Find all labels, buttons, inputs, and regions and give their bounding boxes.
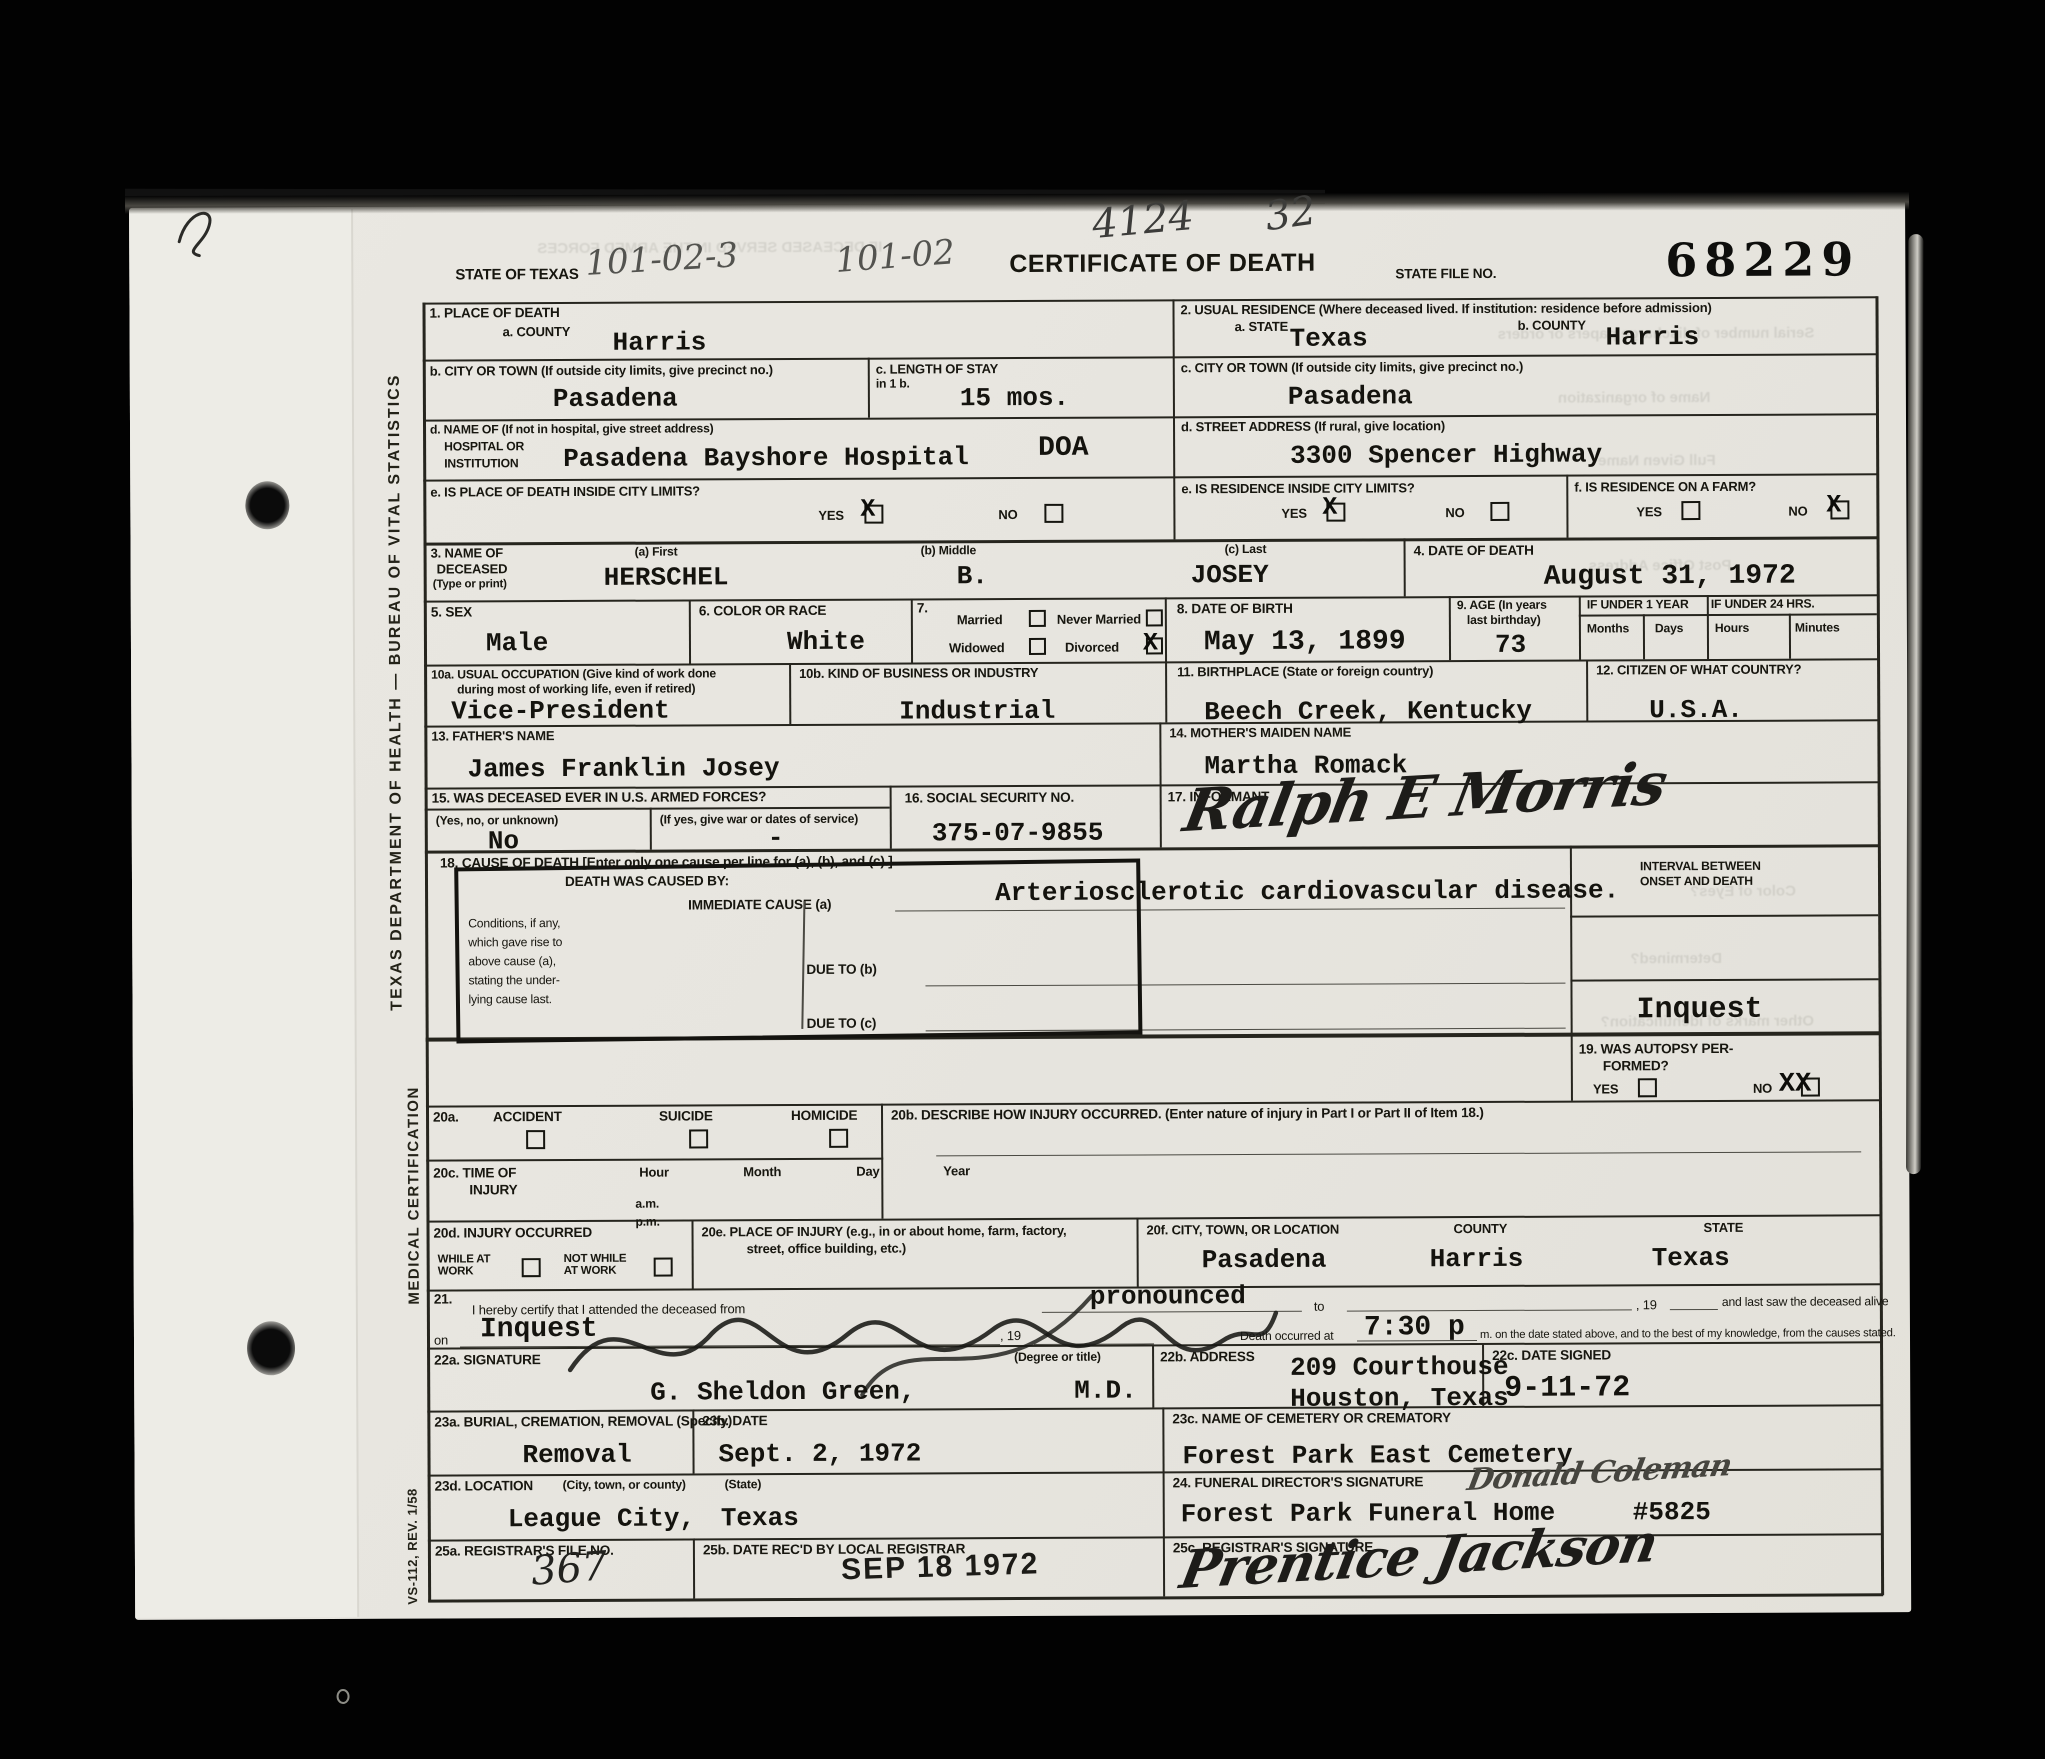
field-label: 21. [434, 1291, 452, 1306]
field-label: 24. FUNERAL DIRECTOR'S SIGNATURE [1173, 1474, 1424, 1490]
checkbox-autopsy-yes [1638, 1078, 1657, 1097]
field-label: f. IS RESIDENCE ON A FARM? [1574, 479, 1756, 495]
field-label: HOSPITAL OR [444, 439, 524, 453]
field-label: p.m. [635, 1215, 659, 1229]
injury-state-value: Texas [1652, 1243, 1730, 1273]
industry-value: Industrial [899, 696, 1055, 727]
field-label: (Type or print) [433, 578, 507, 590]
field-label: 9. AGE (In years [1457, 598, 1547, 612]
disposition-state-value: Texas [721, 1503, 799, 1533]
field-label: b. COUNTY [1518, 318, 1586, 333]
disposition-city-value: League City, [508, 1503, 695, 1534]
field-label: 23a. BURIAL, CREMATION, REMOVAL (Specify… [434, 1413, 732, 1429]
dust-mark [337, 1689, 350, 1704]
physician-address-line2: Houston, Texas [1290, 1383, 1509, 1414]
grid-line [1789, 614, 1791, 659]
no-label: NO [1788, 504, 1807, 519]
field-label: 23d. LOCATION [435, 1478, 533, 1493]
field-label: 23b. DATE [702, 1413, 767, 1428]
field-label: (City, town, or county) [563, 1477, 686, 1492]
ssn-value: 375-07-9855 [932, 818, 1104, 849]
ghost-line: Full Given Name [1598, 452, 1716, 470]
field-label: 20a. [433, 1109, 459, 1124]
residence-city-value: Pasadena [1288, 381, 1413, 412]
field-label: WHILE AT [438, 1253, 491, 1265]
physician-name-typed: G. Sheldon Green, [650, 1376, 915, 1407]
date-signed-value: 9-11-72 [1504, 1371, 1630, 1406]
handwritten-number: 32 [1262, 187, 1319, 240]
father-name-value: James Franklin Josey [467, 753, 779, 784]
no-label: NO [1753, 1081, 1772, 1096]
date-of-death-value: August 31, 1972 [1544, 561, 1796, 593]
checkbox-place-death-no [1044, 504, 1063, 523]
checkbox-x-mark: X [1322, 493, 1337, 522]
field-label: e. IS RESIDENCE INSIDE CITY LIMITS? [1181, 480, 1414, 496]
sex-value: Male [486, 628, 549, 658]
field-label: 22c. DATE SIGNED [1492, 1347, 1611, 1363]
field-label: 14. MOTHER'S MAIDEN NAME [1169, 725, 1351, 741]
interval-value: Inquest [1637, 993, 1763, 1028]
last-name-value: JOSEY [1191, 560, 1269, 590]
field-label: d. STREET ADDRESS (If rural, give locati… [1181, 418, 1445, 434]
field-label: 1. PLACE OF DEATH [429, 305, 559, 321]
checkbox-accident [526, 1130, 545, 1149]
field-label: COUNTY [1453, 1221, 1507, 1236]
field-label: 20b. DESCRIBE HOW INJURY OCCURRED. (Ente… [891, 1105, 1484, 1123]
armed-forces-value: No [488, 826, 519, 856]
checkbox-married [1029, 610, 1046, 627]
yes-label: YES [1281, 506, 1306, 521]
field-label: c. CITY OR TOWN (If outside city limits,… [1181, 359, 1523, 375]
certify-text: and last saw the deceased alive [1722, 1294, 1889, 1309]
field-label: 3. NAME OF [431, 545, 503, 560]
grid-line [1643, 614, 1645, 659]
field-label: Hour [639, 1165, 669, 1180]
field-label: WORK [438, 1265, 474, 1277]
doa-note: DOA [1038, 433, 1089, 464]
field-label: 2. USUAL RESIDENCE (Where deceased lived… [1180, 300, 1711, 317]
state-file-number-stamp: 68229 [1665, 232, 1860, 287]
field-label: (b) Middle [921, 543, 977, 557]
handwritten-check-mark [169, 199, 233, 263]
checkbox-x-mark: X [1826, 490, 1841, 519]
page-curl-sliver [1906, 234, 1923, 1174]
county-of-death-value: Harris [613, 327, 707, 357]
field-label: INSTITUTION [444, 456, 518, 470]
grid-line [911, 598, 913, 662]
checkbox-while-at-work [522, 1258, 541, 1277]
certify-text: m. on the date stated above, and to the … [1480, 1327, 1896, 1341]
no-label: NO [1445, 505, 1464, 520]
field-label: STATE [1703, 1220, 1743, 1235]
field-label: Year [943, 1163, 970, 1178]
medical-certification-vertical-label: MEDICAL CERTIFICATION [405, 1086, 423, 1305]
field-label: DECEASED [437, 561, 508, 576]
field-label: street, office building, etc.) [747, 1241, 906, 1257]
state-of-texas-label: STATE OF TEXAS [455, 266, 578, 284]
state-file-no-label: STATE FILE NO. [1395, 266, 1496, 281]
injury-county-value: Harris [1430, 1244, 1524, 1274]
field-label: Hours [1715, 621, 1749, 635]
no-label: NO [998, 507, 1017, 522]
field-label: 10b. KIND OF BUSINESS OR INDUSTRY [799, 665, 1038, 681]
hole-punch-top [245, 481, 289, 529]
field-label: c. LENGTH OF STAY [876, 361, 998, 377]
field-label: 20c. TIME OF [433, 1165, 516, 1180]
scanned-death-certificate: IF DECEASED SERVED IN THE ARMED FORCES S… [0, 0, 2045, 1759]
field-label: ACCIDENT [493, 1109, 562, 1124]
form-code-vertical-label: VS-112, REV. 1/58 [405, 1488, 421, 1605]
field-label: 20f. CITY, TOWN, OR LOCATION [1146, 1222, 1339, 1238]
certify-text: on [434, 1333, 448, 1348]
field-label: b. CITY OR TOWN (If outside city limits,… [430, 362, 773, 378]
field-label: 10a. USUAL OCCUPATION (Give kind of work… [431, 666, 716, 681]
grid-line [1449, 596, 1451, 660]
field-label: NOT WHILE [564, 1253, 627, 1265]
field-label: Months [1587, 621, 1629, 635]
field-label: 20e. PLACE OF INJURY (e.g., in or about … [702, 1223, 1067, 1240]
field-label: during most of working life, even if ret… [457, 681, 695, 696]
field-label: 5. SEX [431, 604, 472, 619]
grid-line [1586, 660, 1588, 721]
field-label: INJURY [469, 1182, 517, 1197]
field-label: a. COUNTY [503, 324, 571, 339]
field-label: 4. DATE OF DEATH [1414, 543, 1534, 559]
field-label: INTERVAL BETWEEN [1640, 859, 1761, 874]
time-of-death-typed: 7:30 p [1364, 1312, 1465, 1343]
field-label: Minutes [1795, 620, 1840, 634]
field-label: 20d. INJURY OCCURRED [434, 1225, 592, 1241]
field-label: 11. BIRTHPLACE (State or foreign country… [1177, 663, 1433, 679]
field-label: 22b. ADDRESS [1160, 1349, 1255, 1364]
grid-line [1566, 475, 1568, 538]
hole-punch-bottom [247, 1321, 295, 1375]
field-label: e. IS PLACE OF DEATH INSIDE CITY LIMITS? [430, 483, 700, 499]
answer-line [1670, 1309, 1718, 1311]
checkbox-widowed [1029, 638, 1046, 655]
street-address-value: 3300 Spencer Highway [1290, 439, 1602, 470]
field-label: 16. SOCIAL SECURITY NO. [905, 790, 1074, 806]
middle-name-value: B. [957, 561, 988, 591]
grid-line [1579, 596, 1581, 660]
underlying-page-edge [129, 209, 359, 1618]
field-label: a.m. [635, 1197, 659, 1211]
document-title: CERTIFICATE OF DEATH [1009, 249, 1315, 279]
yes-label: YES [818, 508, 843, 523]
disposition-date-value: Sept. 2, 1972 [718, 1438, 921, 1469]
date-received-stamp: SEP 18 1972 [841, 1547, 1040, 1587]
residence-state-value: Texas [1290, 323, 1368, 353]
field-label: 6. COLOR OR RACE [699, 603, 827, 619]
field-label: in 1 b. [876, 376, 910, 390]
age-value: 73 [1495, 630, 1526, 660]
marital-option-label: Divorced [1065, 640, 1119, 655]
hospital-name-value: Pasadena Bayshore Hospital [563, 442, 969, 474]
field-label: Month [743, 1164, 781, 1179]
certify-text: , 19 [1636, 1297, 1657, 1312]
city-of-death-value: Pasadena [553, 383, 678, 414]
field-label: 23c. NAME OF CEMETERY OR CREMATORY [1172, 1410, 1451, 1426]
field-label: (State) [725, 1477, 762, 1491]
field-label: 15. WAS DECEASED EVER IN U.S. ARMED FORC… [432, 789, 767, 805]
field-label: 19. WAS AUTOPSY PER- [1579, 1041, 1733, 1057]
yes-label: YES [1593, 1081, 1618, 1096]
field-label: FORMED? [1603, 1058, 1669, 1073]
disposition-value: Removal [522, 1440, 631, 1470]
registrar-file-no-value: 367 [529, 1543, 609, 1595]
grid-line [868, 358, 870, 418]
field-label: IF UNDER 24 HRS. [1711, 597, 1815, 611]
ghost-line: Name of organization [1558, 389, 1711, 407]
first-name-value: HERSCHEL [604, 562, 729, 593]
date-of-birth-value: May 13, 1899 [1204, 626, 1406, 658]
residence-county-value: Harris [1606, 322, 1700, 352]
grid-line [1707, 595, 1709, 659]
checkbox-x-mark: X [1143, 628, 1158, 657]
yes-label: YES [1636, 504, 1661, 519]
field-label: 7. [917, 600, 928, 615]
marital-option-label: Widowed [949, 640, 1005, 655]
grid-line [693, 1538, 695, 1598]
grid-line [650, 808, 652, 850]
field-label: IF UNDER 1 YEAR [1587, 597, 1689, 611]
citizenship-value: U.S.A. [1649, 695, 1743, 725]
field-label: (c) Last [1225, 542, 1267, 556]
war-service-value: - [768, 823, 784, 853]
marital-option-label: Married [957, 612, 1003, 627]
field-label: Day [856, 1164, 879, 1179]
checkbox-residence-city-no [1490, 502, 1509, 521]
race-value: White [787, 627, 865, 657]
marital-option-label: Never Married [1057, 611, 1141, 626]
field-label: a. STATE [1235, 319, 1289, 334]
field-label: Days [1655, 621, 1683, 635]
grid-line [789, 663, 791, 724]
birthplace-value: Beech Creek, Kentucky [1204, 696, 1532, 727]
occupation-value: Vice-President [451, 696, 670, 727]
field-label: 22a. SIGNATURE [434, 1352, 541, 1367]
checkbox-homicide [829, 1129, 848, 1148]
grid-line [890, 786, 892, 849]
field-label: 12. CITIZEN OF WHAT COUNTRY? [1596, 662, 1801, 678]
physician-address-line1: 209 Courthouse [1290, 1352, 1509, 1383]
agency-vertical-label: TEXAS DEPARTMENT OF HEALTH — BUREAU OF V… [386, 374, 407, 1011]
scan-tilt-wrapper: IF DECEASED SERVED IN THE ARMED FORCES S… [0, 0, 2045, 1759]
grid-line [1404, 538, 1406, 596]
field-label: (If yes, give war or dates of service) [660, 812, 858, 827]
field-label: ONSET AND DEATH [1640, 874, 1753, 888]
field-label: last birthday) [1467, 613, 1541, 627]
field-label: 8. DATE OF BIRTH [1177, 601, 1293, 617]
field-label: d. NAME OF (If not in hospital, give str… [430, 421, 714, 436]
checkbox-suicide [689, 1129, 708, 1148]
checkbox-never-married [1146, 609, 1163, 626]
field-label: 13. FATHER'S NAME [431, 728, 554, 744]
field-label: HOMICIDE [791, 1108, 857, 1123]
received-stamp-box [454, 858, 1142, 1043]
grid-line [689, 599, 691, 663]
field-label: (a) First [635, 545, 678, 559]
handwritten-number: 4124 [1090, 193, 1196, 248]
field-label: SUICIDE [659, 1108, 713, 1123]
checkbox-farm-yes [1681, 501, 1700, 520]
checkbox-x-mark: XX [1779, 1070, 1812, 1100]
length-of-stay-value: 15 mos. [960, 383, 1069, 413]
certify-text: to [1314, 1299, 1325, 1314]
physician-degree-typed: M.D. [1074, 1376, 1137, 1406]
ghost-line: Determined? [1630, 950, 1722, 967]
checkbox-x-mark: X [860, 495, 875, 524]
